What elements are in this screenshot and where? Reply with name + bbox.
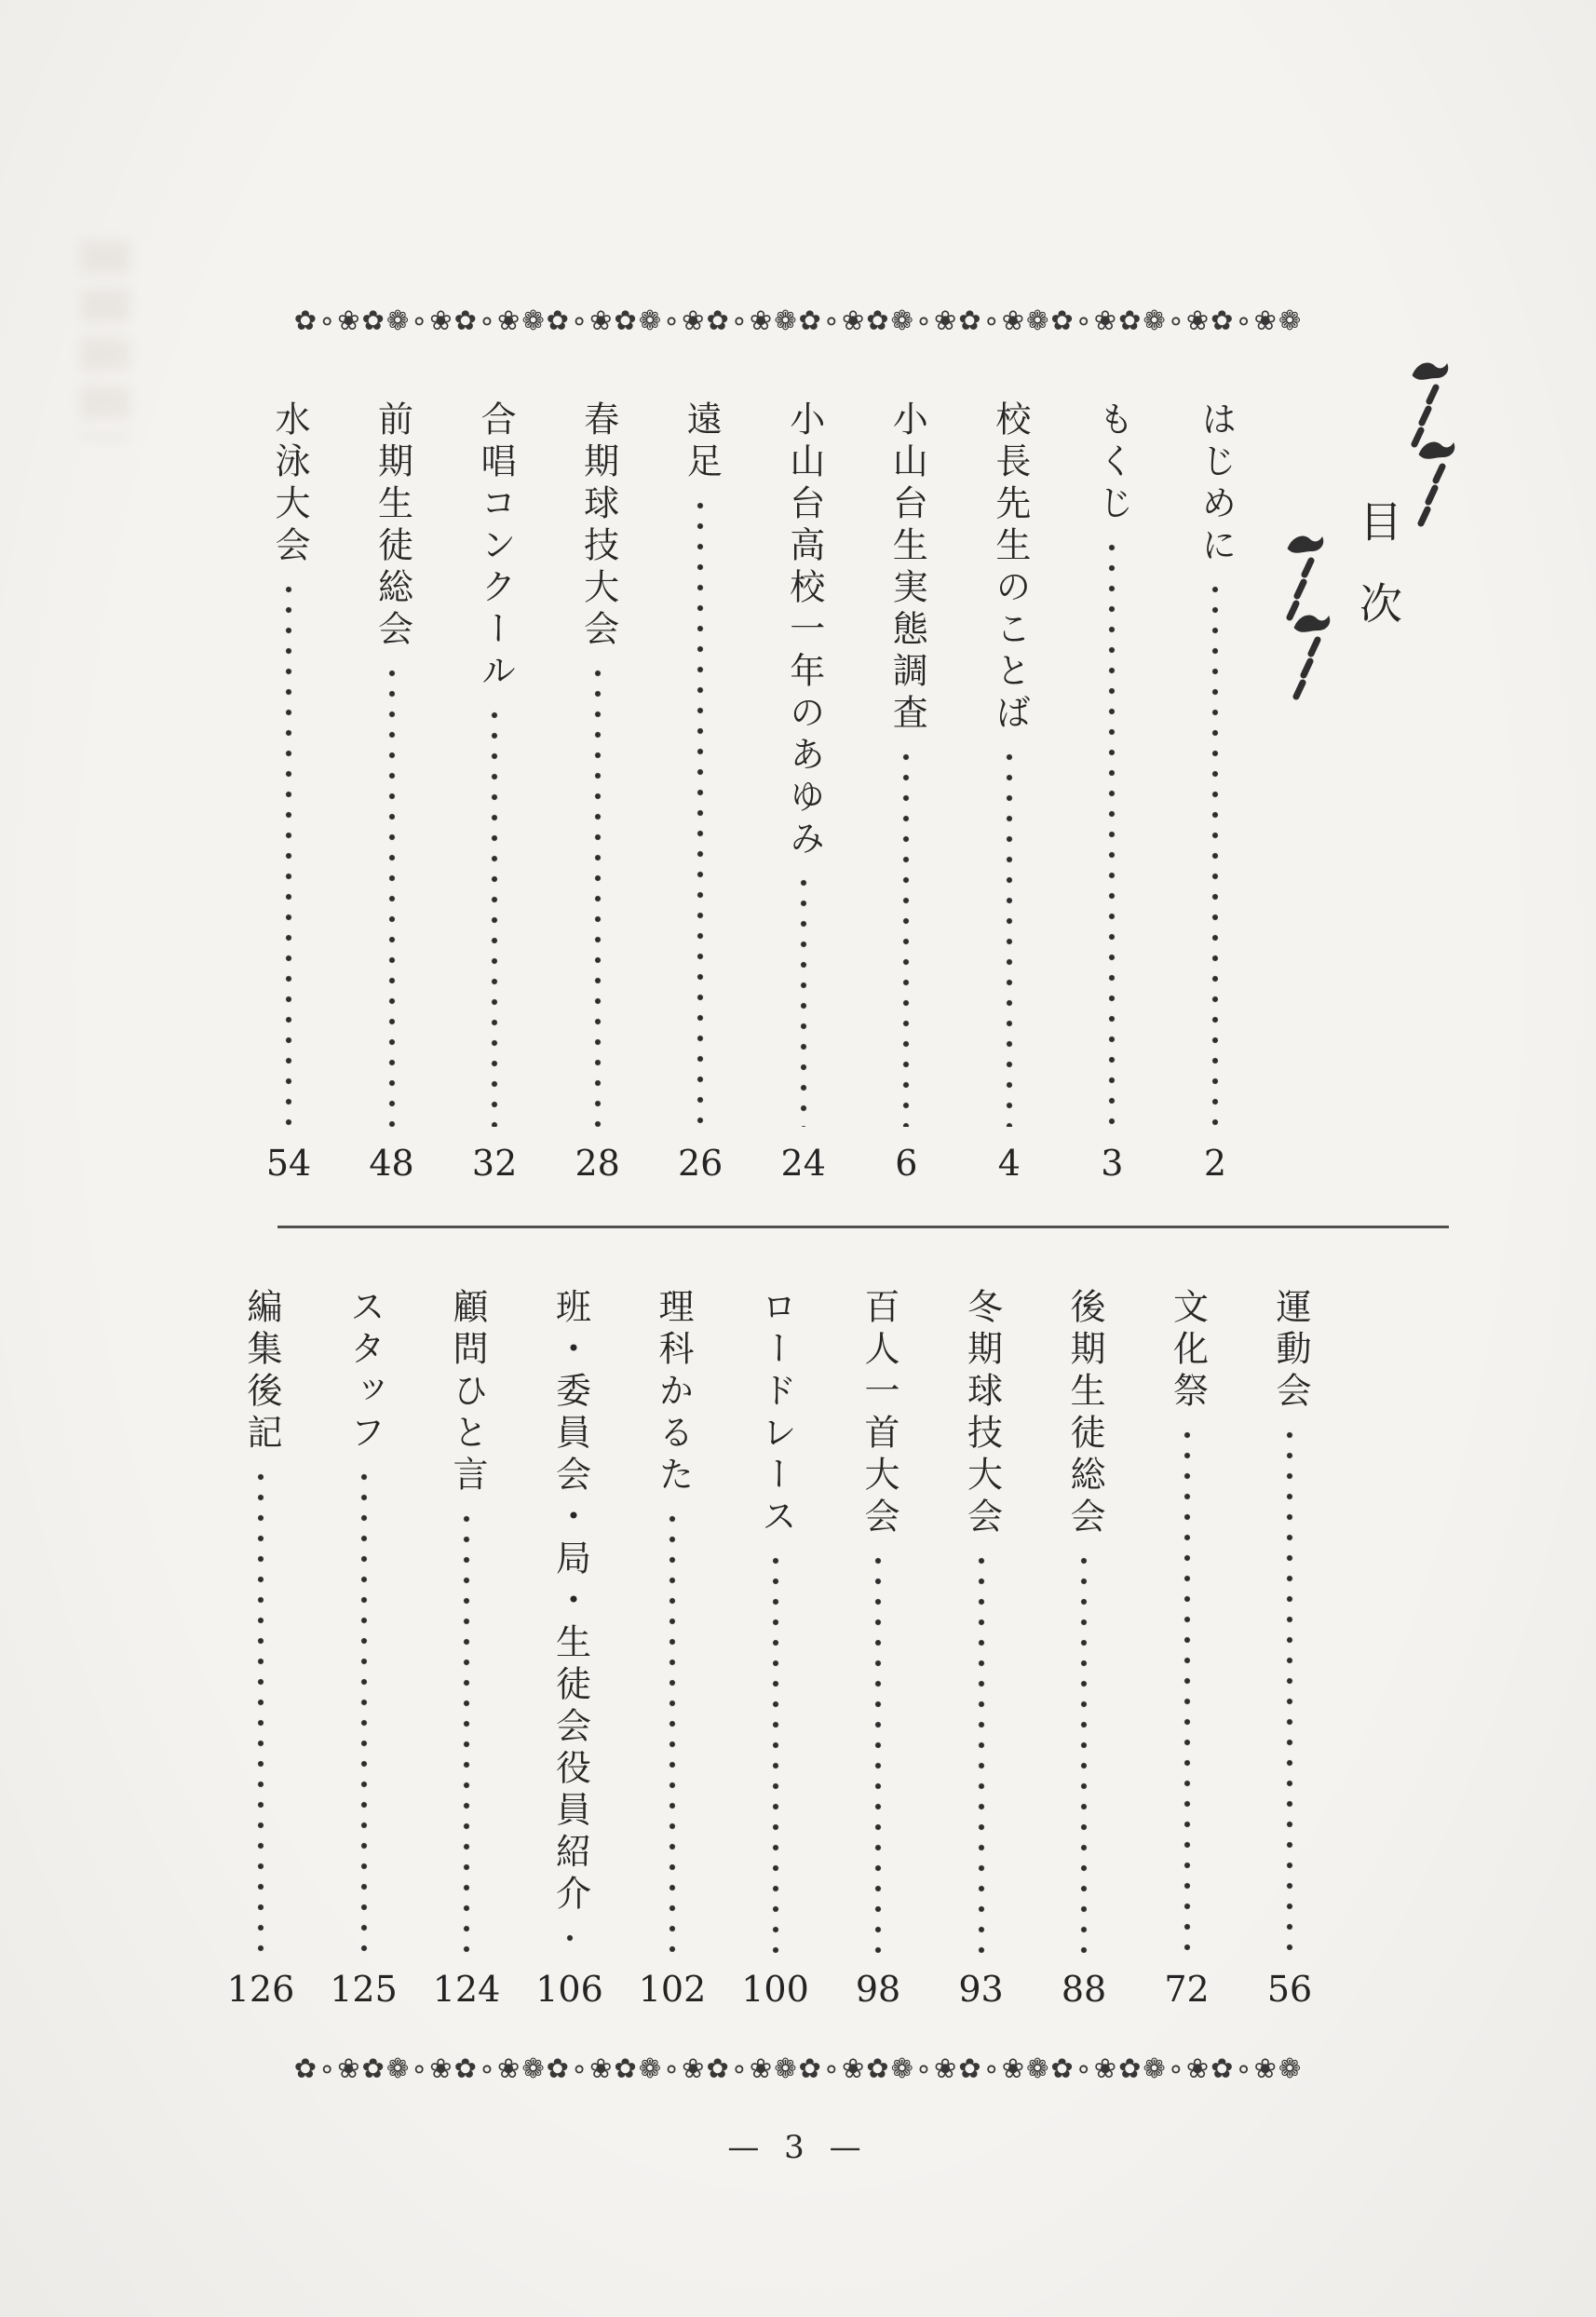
toc-entry: 前期生徒総会48 xyxy=(369,400,415,1181)
toc-entry-title: 百人一首大会 xyxy=(860,1288,896,1539)
page-title: 目次 xyxy=(1346,499,1408,663)
toc-entry: 小山台生実態調査6 xyxy=(883,400,929,1181)
dot-leader xyxy=(697,495,704,1127)
dot-leader xyxy=(669,1509,676,1953)
dot-leader xyxy=(1286,1425,1293,1953)
toc-entry: 編集後記126 xyxy=(237,1288,284,2007)
dot-leader xyxy=(1080,1551,1088,1953)
flower-border-top: ✿∘❀✿❁∘❀✿∘❀❁✿∘❀✿❁∘❀✿∘❀❁✿∘❀✿❁∘❀✿∘❀❁✿∘❀✿❁∘❀… xyxy=(172,301,1425,340)
toc-entry: ロードレース100 xyxy=(752,1288,799,2007)
toc-entry-page-number: 3 xyxy=(1101,1127,1123,1181)
section-divider xyxy=(277,1226,1449,1228)
folio-page-number: — 3 — xyxy=(0,2129,1596,2166)
bleed-through-ghost xyxy=(80,240,130,440)
toc-entry-page-number: 48 xyxy=(369,1127,413,1181)
dot-leader xyxy=(902,747,910,1127)
toc-entry-page-number: 88 xyxy=(1062,1953,1106,2007)
dot-leader xyxy=(463,1509,470,1953)
toc-entry-page-number: 124 xyxy=(433,1953,501,2007)
toc-entry: 後期生徒総会88 xyxy=(1061,1288,1107,2007)
dot-leader xyxy=(285,579,292,1127)
toc-entry-title: 春期球技大会 xyxy=(580,400,615,652)
dot-leader xyxy=(800,873,807,1127)
toc-entry-title: 校長先生のことば xyxy=(992,400,1027,736)
dot-leader xyxy=(1006,747,1013,1127)
dot-leader xyxy=(1211,579,1219,1127)
dot-leader xyxy=(1183,1425,1191,1953)
toc-section-first-half: はじめに2もくじ3校長先生のことば4小山台生実態調査6小山台高校一年のあゆみ24… xyxy=(265,400,1238,1181)
toc-entry: 水泳大会54 xyxy=(265,400,312,1181)
dot-leader xyxy=(874,1551,882,1953)
dot-leader xyxy=(491,705,498,1127)
toc-entry-title: 顧問ひと言 xyxy=(449,1288,484,1497)
toc-entry: 合唱コンクール32 xyxy=(471,400,518,1181)
toc-entry: はじめに2 xyxy=(1192,400,1238,1181)
toc-entry-title: 運動会 xyxy=(1272,1288,1307,1414)
toc-entry-page-number: 54 xyxy=(266,1127,311,1181)
toc-entry-page-number: 102 xyxy=(639,1953,707,2007)
toc-entry: 校長先生のことば4 xyxy=(986,400,1033,1181)
toc-entry: 班・委員会・局・生徒会役員紹介106 xyxy=(547,1288,593,2007)
toc-entry-page-number: 100 xyxy=(741,1953,809,2007)
toc-entry-title: 班・委員会・局・生徒会役員紹介 xyxy=(552,1288,588,1917)
toc-entry-title: 後期生徒総会 xyxy=(1066,1288,1102,1539)
flourish-icon xyxy=(1292,612,1334,705)
dot-leader xyxy=(1108,537,1116,1127)
toc-entry-title: 冬期球技大会 xyxy=(964,1288,999,1539)
toc-entry-page-number: 106 xyxy=(535,1953,603,2007)
toc-entry: 理科かるた102 xyxy=(649,1288,696,2007)
toc-entry-title: はじめに xyxy=(1197,400,1233,568)
toc-entry-title: ロードレース xyxy=(758,1288,793,1539)
dot-leader xyxy=(978,1551,985,1953)
toc-entry-page-number: 93 xyxy=(958,1953,1003,2007)
toc-entry: 冬期球技大会93 xyxy=(958,1288,1005,2007)
toc-entry-page-number: 126 xyxy=(227,1953,295,2007)
toc-section-second-half: 運動会56文化祭72後期生徒総会88冬期球技大会93百人一首大会98ロードレース… xyxy=(237,1288,1313,2007)
toc-entry-page-number: 24 xyxy=(781,1127,826,1181)
dot-leader xyxy=(594,663,602,1127)
toc-entry-title: 遠足 xyxy=(683,400,718,484)
dot-leader xyxy=(360,1467,368,1953)
toc-entry: 運動会56 xyxy=(1266,1288,1313,2007)
dot-leader xyxy=(388,663,396,1127)
toc-entry-title: 合唱コンクール xyxy=(477,400,512,694)
toc-entry: スタッフ125 xyxy=(341,1288,387,2007)
flourish-top-right xyxy=(1410,359,1475,536)
toc-entry-page-number: 2 xyxy=(1204,1127,1226,1181)
toc-entry-title: スタッフ xyxy=(346,1288,382,1456)
toc-entry: 春期球技大会28 xyxy=(575,400,621,1181)
flourish-icon xyxy=(1416,439,1459,532)
toc-entry: 遠足26 xyxy=(677,400,724,1181)
toc-entry-page-number: 28 xyxy=(575,1127,619,1181)
toc-entry: 百人一首大会98 xyxy=(855,1288,901,2007)
toc-entry-page-number: 125 xyxy=(330,1953,398,2007)
toc-entry-title: 編集後記 xyxy=(243,1288,278,1456)
scanned-toc-page: ✿∘❀✿❁∘❀✿∘❀❁✿∘❀✿❁∘❀✿∘❀❁✿∘❀✿❁∘❀✿∘❀❁✿∘❀✿❁∘❀… xyxy=(0,0,1596,2317)
dot-leader xyxy=(772,1551,779,1953)
toc-entry-page-number: 32 xyxy=(472,1127,517,1181)
toc-entry-title: 水泳大会 xyxy=(271,400,306,568)
toc-entry: 小山台高校一年のあゆみ24 xyxy=(780,400,827,1181)
toc-entry-title: 小山台高校一年のあゆみ xyxy=(786,400,821,861)
dot-leader xyxy=(566,1928,574,1953)
toc-entry: 顧問ひと言124 xyxy=(443,1288,490,2007)
toc-entry-title: もくじ xyxy=(1094,400,1129,526)
toc-entry: もくじ3 xyxy=(1089,400,1135,1181)
toc-entry-page-number: 56 xyxy=(1267,1953,1312,2007)
toc-entry-title: 文化祭 xyxy=(1170,1288,1205,1414)
toc-entry-title: 小山台生実態調査 xyxy=(888,400,924,736)
toc-entry-title: 前期生徒総会 xyxy=(374,400,410,652)
toc-entry-title: 理科かるた xyxy=(655,1288,690,1497)
toc-entry-page-number: 26 xyxy=(678,1127,723,1181)
flower-border-bottom: ✿∘❀✿❁∘❀✿∘❀❁✿∘❀✿❁∘❀✿∘❀❁✿∘❀✿❁∘❀✿∘❀❁✿∘❀✿❁∘❀… xyxy=(172,2049,1425,2088)
dot-leader xyxy=(257,1467,264,1953)
toc-entry-page-number: 4 xyxy=(998,1127,1021,1181)
flourish-bottom-left xyxy=(1285,533,1350,710)
toc-entry-page-number: 72 xyxy=(1164,1953,1209,2007)
toc-entry: 文化祭72 xyxy=(1164,1288,1211,2007)
toc-entry-page-number: 98 xyxy=(856,1953,900,2007)
toc-entry-page-number: 6 xyxy=(895,1127,917,1181)
